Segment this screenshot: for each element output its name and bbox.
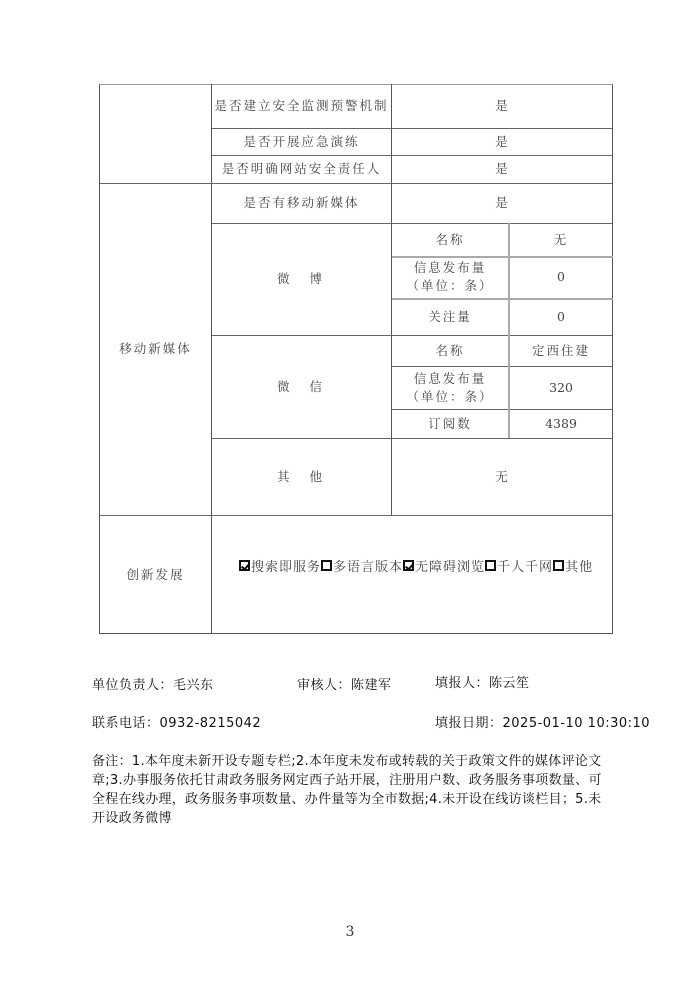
wechat-name-label: 名称: [392, 335, 508, 366]
reviewer: 审核人：陈建军: [297, 674, 392, 693]
wechat-name-value: 定西住建: [509, 335, 613, 366]
option-personalized: 千人千网: [497, 556, 553, 575]
security-owner-value: 是: [392, 155, 613, 183]
other-media-label: 其 他: [212, 438, 391, 515]
checkbox-checked-icon: [239, 560, 250, 571]
weibo-posts-value: 0: [509, 256, 613, 298]
has-mobile-media-value: 是: [392, 183, 613, 223]
filler: 填报人：陈云笙: [435, 672, 530, 691]
checkbox-unchecked-icon: [321, 560, 332, 571]
option-accessibility: 无障碍浏览: [415, 556, 485, 575]
page-number: 3: [0, 924, 700, 940]
wechat-subscribers-value: 4389: [509, 409, 613, 438]
other-media-value: 无: [392, 438, 613, 515]
weibo-followers-label: 关注量: [392, 298, 508, 335]
contact-phone: 联系电话：0932-8215042: [92, 712, 261, 731]
weibo-name-label: 名称: [392, 223, 508, 256]
checkbox-checked-icon: [403, 560, 414, 571]
option-multilingual: 多语言版本: [333, 556, 403, 575]
wechat-posts-value: 320: [509, 366, 613, 409]
security-owner-label: 是否明确网站安全责任人: [212, 155, 391, 183]
emergency-drill-label: 是否开展应急演练: [212, 128, 391, 155]
wechat-posts-label: 信息发布量（单位：条）: [400, 366, 500, 409]
innovation-options: 搜索即服务 多语言版本 无障碍浏览 千人千网 其他: [239, 556, 593, 575]
security-monitoring-value: 是: [392, 84, 613, 128]
weibo-label: 微 博: [212, 223, 391, 335]
mobile-media-section-label: 移动新媒体: [100, 183, 211, 515]
security-monitoring-label: 是否建立安全监测预警机制: [212, 84, 391, 128]
unit-head: 单位负责人：毛兴东: [92, 674, 214, 693]
wechat-label: 微 信: [212, 335, 391, 438]
option-search-service: 搜索即服务: [251, 556, 321, 575]
fill-date: 填报日期：2025-01-10 10:30:10: [435, 712, 650, 731]
checkbox-unchecked-icon: [553, 560, 564, 571]
weibo-followers-value: 0: [509, 298, 613, 335]
checkbox-unchecked-icon: [485, 560, 496, 571]
weibo-posts-label: 信息发布量（单位：条）: [400, 256, 500, 298]
emergency-drill-value: 是: [392, 128, 613, 155]
remarks: 备注：1.本年度未新开设专题专栏;2.本年度未发布或转载的关于政策文件的媒体评论…: [92, 752, 612, 828]
has-mobile-media-label: 是否有移动新媒体: [212, 183, 391, 223]
innovation-section-label: 创新发展: [100, 515, 211, 634]
weibo-name-value: 无: [509, 223, 613, 256]
wechat-subscribers-label: 订阅数: [392, 409, 508, 438]
option-other: 其他: [565, 556, 593, 575]
